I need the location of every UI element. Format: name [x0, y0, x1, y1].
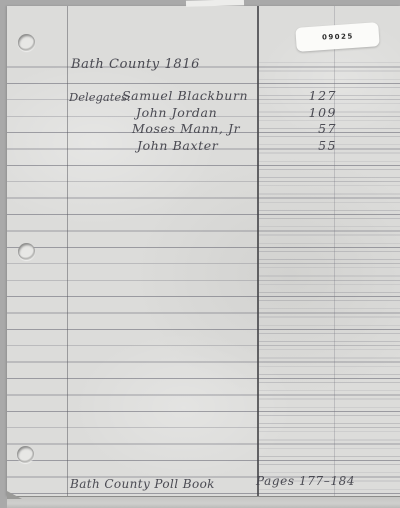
punch-hole-top: [18, 34, 35, 51]
underlying-sheet: [7, 496, 400, 508]
fold-crease-line: [257, 6, 259, 496]
faint-vertical-line: [334, 6, 335, 496]
book-title: Bath County Poll Book: [70, 478, 215, 490]
delegate-name: Moses Mann, Jr: [132, 123, 240, 136]
page-title: Bath County 1816: [71, 58, 200, 71]
delegate-votes: 57: [295, 123, 337, 136]
page-range: Pages 177–184: [256, 475, 355, 487]
margin-line: [67, 6, 68, 496]
delegate-votes: 55: [295, 140, 337, 153]
punch-hole-bottom: [17, 446, 34, 463]
punch-hole-middle: [18, 243, 35, 260]
delegate-votes: 109: [295, 107, 337, 120]
delegate-name: John Jordan: [136, 107, 217, 120]
delegate-name: John Baxter: [137, 140, 218, 153]
delegate-votes: 127: [295, 90, 337, 103]
sticker-number: 09025: [321, 32, 353, 41]
scanned-document: 09025 Bath County 1816 Delegates: Samuel…: [0, 0, 400, 508]
delegate-name: Samuel Blackburn: [122, 90, 248, 103]
